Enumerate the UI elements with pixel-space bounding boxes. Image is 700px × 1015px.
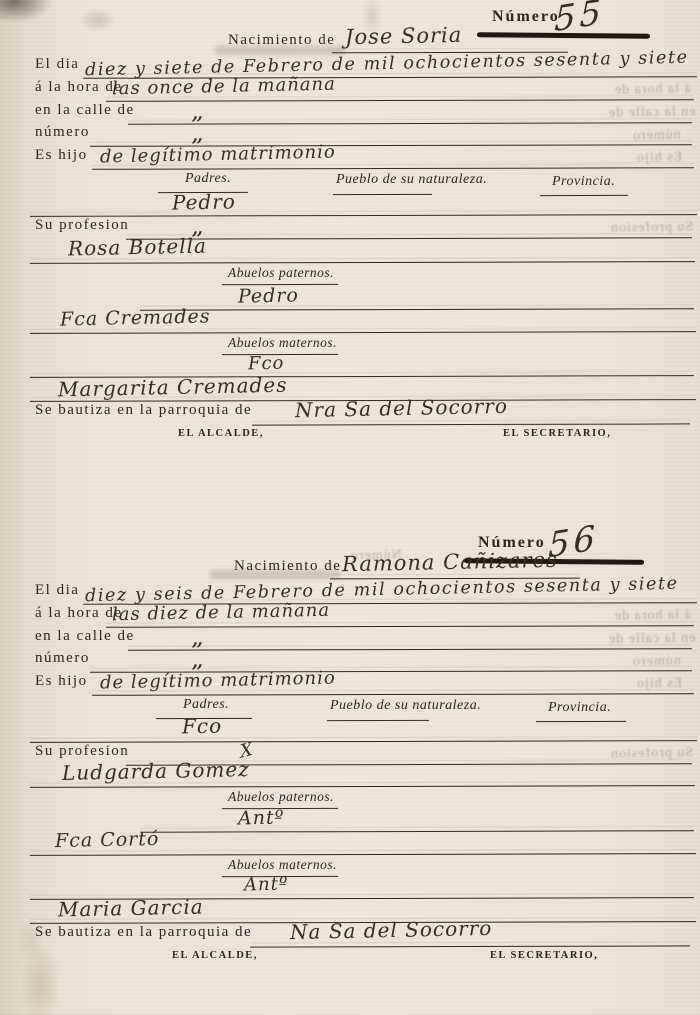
birth-record-56: Número 56 Número Nacimiento de Ramona Ca… <box>0 532 700 1002</box>
form-line <box>140 830 694 832</box>
header-underline <box>540 195 628 196</box>
bleedthrough-text: Su profesion <box>610 745 693 762</box>
calle-label: en la calle de <box>35 102 135 119</box>
bleedthrough-text: en la calle de <box>608 630 696 648</box>
hour-handwritten: las diez de la mañana <box>112 600 331 626</box>
form-line <box>140 308 694 310</box>
mother-name-handwritten: Ludgarda Gomez <box>62 757 250 785</box>
maternal-grandfather-handwritten: Antº <box>244 874 289 896</box>
registry-page: Número 55 Nacimiento de Jose Soria El di… <box>0 0 700 1015</box>
abuelos-maternos-header: Abuelos maternos. <box>228 857 337 873</box>
secretario-label: EL SECRETARIO, <box>490 950 598 961</box>
header-underline <box>333 194 432 195</box>
parish-handwritten: Nra Sa del Socorro <box>295 394 508 422</box>
mother-name-handwritten: Rosa Botella <box>68 234 207 261</box>
form-line <box>30 331 696 334</box>
hora-label: á la hora de <box>35 79 123 96</box>
form-line <box>106 99 694 102</box>
secretario-label: EL SECRETARIO, <box>503 428 611 439</box>
numero-casa-label: número <box>35 124 90 141</box>
child-name-handwritten: Ramona Cañizares <box>342 548 558 577</box>
bleedthrough-text: á la hora de <box>614 607 691 624</box>
alcalde-label: EL ALCALDE, <box>172 950 258 961</box>
numero-casa-label: número <box>35 650 90 667</box>
father-name-handwritten: Pedro <box>172 189 236 214</box>
house-number-ditto: ,, <box>192 126 202 146</box>
bautiza-label: Se bautiza en la parroquia de <box>35 402 252 419</box>
es-hijo-label: Es hijo <box>35 673 88 690</box>
hour-handwritten: las once de la mañana <box>112 74 336 100</box>
pueblo-header: Pueblo de su naturaleza. <box>330 698 481 714</box>
pueblo-header: Pueblo de su naturaleza. <box>336 172 487 188</box>
paternal-grandmother-handwritten: Fca Cremades <box>60 305 211 330</box>
el-dia-label: El dia <box>35 56 79 73</box>
child-name-handwritten: Jose Soria <box>345 23 463 49</box>
form-line <box>250 945 690 947</box>
father-name-handwritten: Fco <box>182 714 223 739</box>
provincia-header: Provincia. <box>548 700 611 716</box>
bleedthrough-text: en la calle de <box>608 104 696 122</box>
abuelos-paternos-header: Abuelos paternos. <box>228 789 334 805</box>
paternal-grandfather-handwritten: Antº <box>238 807 285 830</box>
form-line <box>126 237 692 239</box>
el-dia-label: El dia <box>35 582 79 599</box>
es-hijo-label: Es hijo <box>35 147 88 164</box>
form-line <box>92 167 694 170</box>
nacimiento-label: Nacimiento de <box>228 32 335 49</box>
numero-label: Número <box>492 8 560 26</box>
hora-label: á la hora de <box>35 605 123 622</box>
bleedthrough-text: Su profesion <box>610 219 693 236</box>
form-line <box>252 423 690 425</box>
padres-header: Padres. <box>183 697 229 713</box>
abuelos-maternos-header: Abuelos maternos. <box>228 335 337 351</box>
bleedthrough-text: número <box>632 128 681 145</box>
profesion-label: Su profesion <box>35 743 129 760</box>
form-line <box>30 740 697 743</box>
form-line <box>30 261 695 264</box>
form-line <box>106 625 694 628</box>
bautiza-label: Se bautiza en la parroquia de <box>35 924 252 941</box>
header-underline <box>327 720 429 721</box>
calle-label: en la calle de <box>35 628 135 645</box>
padres-header: Padres. <box>185 171 231 187</box>
paternal-grandmother-handwritten: Fca Cortó <box>55 828 160 852</box>
form-line <box>128 648 692 650</box>
street-ditto-handwritten: ,, <box>192 630 202 650</box>
bleedthrough-text: número <box>632 654 681 671</box>
number-underline <box>477 32 650 39</box>
alcalde-label: EL ALCALDE, <box>178 428 264 439</box>
maternal-grandmother-handwritten: Maria Garcia <box>58 894 204 921</box>
street-ditto-handwritten: ,, <box>192 104 202 124</box>
form-line <box>128 122 692 124</box>
maternal-grandmother-handwritten: Margarita Cremades <box>58 373 288 402</box>
paternal-grandfather-handwritten: Pedro <box>238 284 299 307</box>
nacimiento-label: Nacimiento de <box>234 558 341 575</box>
bleedthrough-text: Es hijo <box>636 676 683 693</box>
maternal-grandfather-handwritten: Fco <box>248 353 285 375</box>
form-line <box>30 853 696 856</box>
birth-record-55: Número 55 Nacimiento de Jose Soria El di… <box>0 6 700 476</box>
provincia-header: Provincia. <box>552 174 615 190</box>
profesion-label: Su profesion <box>35 217 129 234</box>
filiation-handwritten: de legítimo matrimonio <box>100 668 336 694</box>
bleedthrough-text: á la hora de <box>614 81 691 98</box>
parish-handwritten: Na Sa del Socorro <box>290 916 493 944</box>
header-underline <box>536 721 626 722</box>
filiation-handwritten: de legítimo matrimonio <box>100 142 336 168</box>
house-number-ditto: ,, <box>192 652 202 672</box>
form-line <box>30 785 695 788</box>
form-line <box>30 214 697 217</box>
form-line <box>92 693 694 696</box>
abuelos-paternos-header: Abuelos paternos. <box>228 265 334 281</box>
bleedthrough-text: Es hijo <box>636 150 683 167</box>
